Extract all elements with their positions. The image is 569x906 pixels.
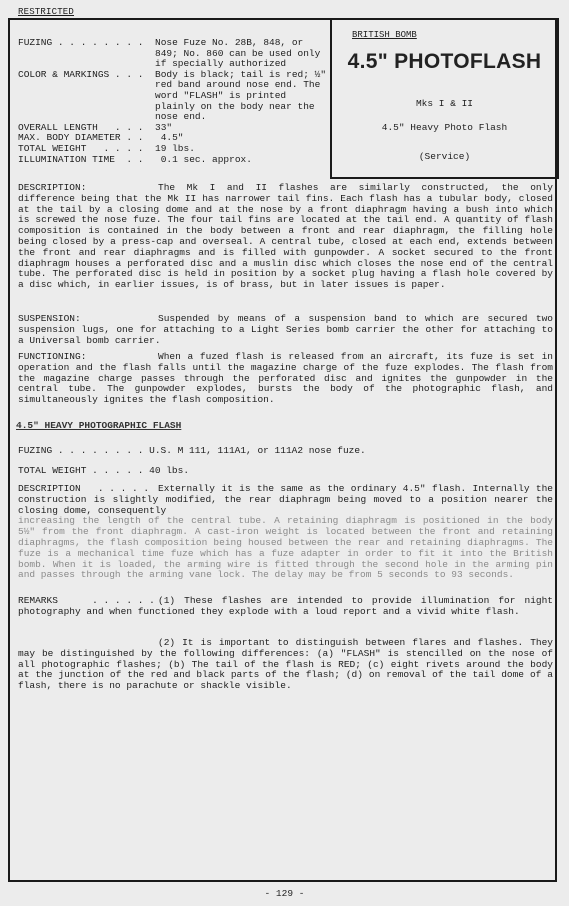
spec-value: Nose Fuze No. 28B, 848, or 849; No. 860 … xyxy=(155,38,330,70)
heavy-fuzing-value: U.S. M 111, 111A1, or 111A2 nose fuze. xyxy=(149,445,366,456)
section-label: DESCRIPTION . . . . . xyxy=(18,484,149,495)
spec-row-color-markings: COLOR & MARKINGS . . . Body is black; ta… xyxy=(18,70,330,123)
spec-table: FUZING . . . . . . . . Nose Fuze No. 28B… xyxy=(18,38,330,165)
remark-2-section: (2) It is important to distinguish betwe… xyxy=(18,638,553,692)
spec-label: ILLUMINATION TIME . . xyxy=(18,155,155,166)
marks: Mks I & II xyxy=(332,98,557,109)
heavy-flash-heading: 4.5" HEAVY PHOTOGRAPHIC FLASH xyxy=(16,420,181,431)
heavy-weight-label: TOTAL WEIGHT . . . . . xyxy=(18,465,143,476)
section-text: Suspended by means of a suspension band … xyxy=(18,314,553,346)
section-text: The Mk I and II flashes are similarly co… xyxy=(18,183,553,291)
bomb-category: BRITISH BOMB xyxy=(352,30,417,40)
description-section: DESCRIPTION: The Mk I and II flashes are… xyxy=(18,183,553,291)
remark-2: (2) It is important to distinguish betwe… xyxy=(18,638,553,692)
section-label: SUSPENSION: xyxy=(18,314,81,325)
remarks-section: REMARKS . . . . . . (1) These flashes ar… xyxy=(18,596,553,618)
classification-marking: RESTRICTED xyxy=(18,7,74,17)
heavy-description-section: DESCRIPTION . . . . . Externally it is t… xyxy=(18,484,553,581)
spec-label: TOTAL WEIGHT . . . . xyxy=(18,144,155,155)
section-label: REMARKS . . . . . . xyxy=(18,596,155,607)
spec-row-total-weight: TOTAL WEIGHT . . . . 19 lbs. xyxy=(18,144,330,155)
title-box: BRITISH BOMB 4.5" PHOTOFLASH Mks I & II … xyxy=(330,18,559,179)
heavy-fuzing-row: FUZING . . . . . . . . U.S. M 111, 111A1… xyxy=(18,445,366,456)
spec-value: 0.1 sec. approx. xyxy=(155,155,330,166)
section-label: DESCRIPTION: xyxy=(18,183,86,194)
spec-label: COLOR & MARKINGS . . . xyxy=(18,70,155,123)
heavy-weight-row: TOTAL WEIGHT . . . . . 40 lbs. xyxy=(18,465,189,476)
spec-row-illumination-time: ILLUMINATION TIME . . 0.1 sec. approx. xyxy=(18,155,330,166)
spec-value: 19 lbs. xyxy=(155,144,330,155)
service-status: (Service) xyxy=(332,151,557,162)
page-number: - 129 - xyxy=(0,888,569,899)
spec-label: FUZING . . . . . . . . xyxy=(18,38,155,70)
spec-value: Body is black; tail is red; ½" red band … xyxy=(155,70,330,123)
section-text-continued: increasing the length of the central tub… xyxy=(18,516,553,581)
heavy-fuzing-label: FUZING . . . . . . . . xyxy=(18,445,143,456)
suspension-section: SUSPENSION: Suspended by means of a susp… xyxy=(18,314,553,346)
page-title: 4.5" PHOTOFLASH xyxy=(332,50,557,74)
alt-name: 4.5" Heavy Photo Flash xyxy=(332,122,557,133)
section-text: When a fuzed flash is released from an a… xyxy=(18,352,553,406)
heavy-weight-value: 40 lbs. xyxy=(149,465,189,476)
functioning-section: FUNCTIONING: When a fuzed flash is relea… xyxy=(18,352,553,406)
spec-row-fuzing: FUZING . . . . . . . . Nose Fuze No. 28B… xyxy=(18,38,330,70)
section-label: FUNCTIONING: xyxy=(18,352,86,363)
